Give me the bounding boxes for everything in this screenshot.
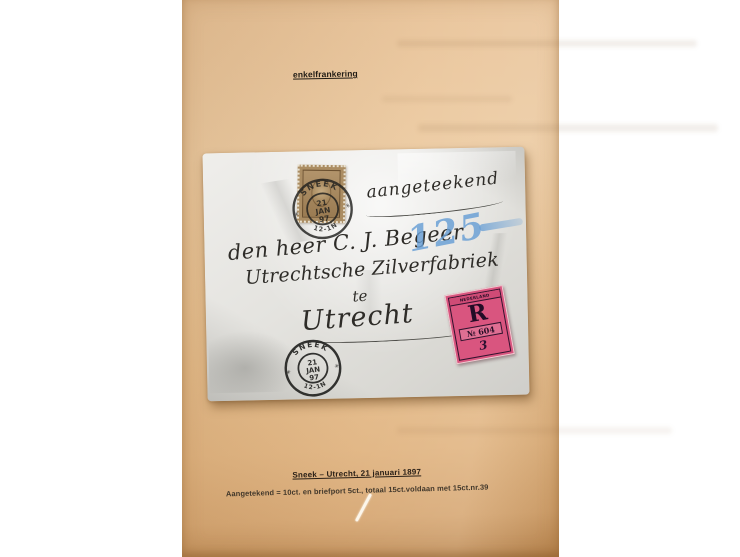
registration-label: NEDERLAND R № 604 3 (444, 285, 514, 364)
svg-text:SNEEK: SNEEK (297, 176, 341, 198)
postmark-ornament-right: ✳ (345, 202, 351, 210)
photo-backdrop: enkelfrankering SNEEK 12-1N 21 JA (0, 0, 740, 557)
blue-crayon-streak (479, 218, 524, 232)
svg-text:SNEEK: SNEEK (290, 338, 332, 358)
postmark-ornament-left: ✳ (294, 211, 300, 219)
postmark-date-year: 97 (318, 213, 330, 224)
registration-label-handwritten-mark: 3 (478, 338, 489, 353)
postmark-town-text: SNEEK (297, 176, 341, 198)
bleedthrough-text-line (382, 96, 512, 102)
screenshot-root: { "photo": { "backdrop_color": "#ffffff"… (0, 0, 740, 557)
postmark-bottom-icon: SNEEK 12-1N 21 JAN 97 ✳ ✳ (279, 335, 346, 402)
registration-label-letter: R (466, 300, 489, 327)
bleedthrough-text-line (397, 40, 697, 47)
bleedthrough-text-line (397, 427, 672, 434)
postmark-ornament-left: ✳ (286, 369, 292, 377)
bleedthrough-text-line (418, 124, 718, 132)
postmark-town-text: SNEEK (290, 338, 332, 358)
postmark-date-year: 97 (309, 372, 320, 382)
envelope-photo: SNEEK 12-1N 21 JAN 97 ✳ ✳ aangeteekend d… (202, 147, 529, 402)
registration-label-frame: NEDERLAND R № 604 3 (448, 288, 511, 360)
page-heading: enkelfrankering (293, 68, 358, 79)
